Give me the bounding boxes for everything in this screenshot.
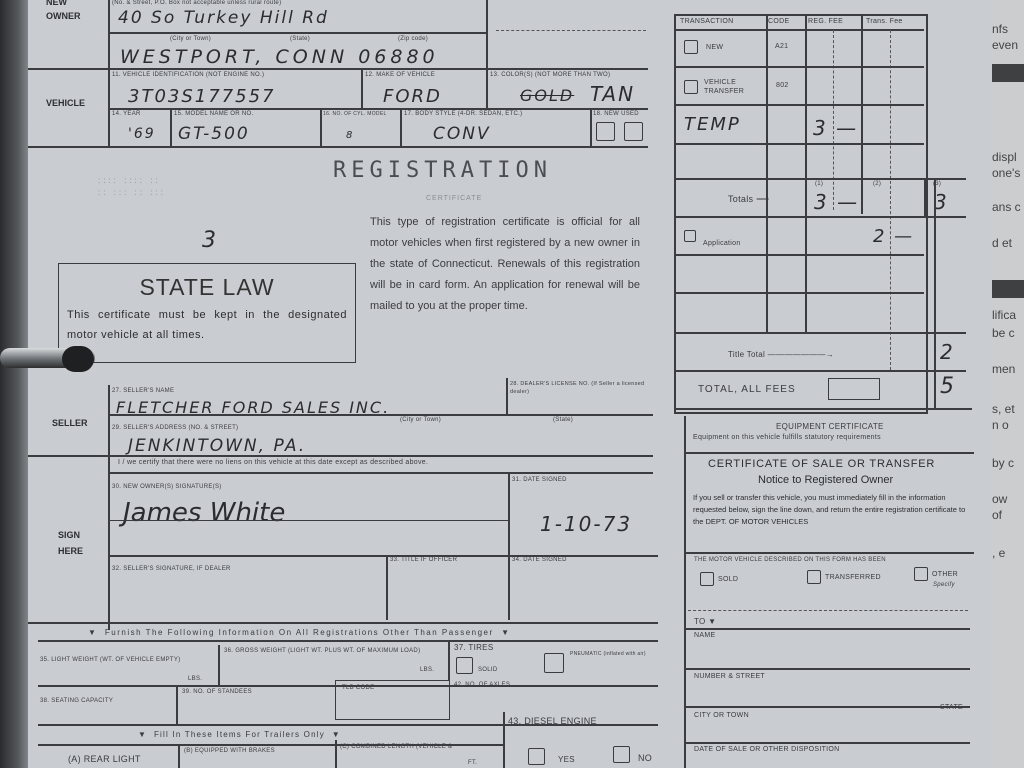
- sale-transfer-subtitle: Notice to Registered Owner: [758, 474, 893, 486]
- model-value: GT-500: [178, 124, 250, 144]
- fee-row-new-code: A21: [775, 43, 788, 50]
- fees-header-code: CODE: [768, 18, 789, 25]
- embossed-seal: :::: :::: :::: ::: :: :::: [98, 175, 238, 215]
- application-checkbox[interactable]: [684, 230, 696, 242]
- year-label: 14. YEAR: [112, 111, 141, 117]
- diesel-no-checkbox[interactable]: [613, 746, 630, 763]
- totals-reg-fee: 3 —: [814, 190, 859, 214]
- body-style-value: CONV: [433, 124, 491, 144]
- totals-col-b: (2): [873, 181, 881, 187]
- fee-row-transfer-label: VEHICLE TRANSFER: [704, 78, 764, 96]
- binder-ring-clasp: [62, 346, 94, 372]
- year-value: '69: [128, 126, 156, 142]
- sale-date-label: DATE OF SALE OR OTHER DISPOSITION: [694, 746, 840, 753]
- registration-title: REGISTRATION: [333, 158, 552, 183]
- state-law-title: STATE LAW: [59, 274, 355, 301]
- owner-header-partial: (No. & Street, P.O. Box not acceptable u…: [112, 0, 281, 6]
- total-arrow-icon: [828, 378, 880, 400]
- dealer-license-label: 28. DEALER'S LICENSE NO. (If Seller a li…: [510, 380, 650, 396]
- lbs-label-2: LBS.: [420, 667, 434, 673]
- application-fee: 2 —: [873, 226, 914, 247]
- no-liens-certification: I / we certify that there were no liens …: [118, 459, 428, 466]
- diesel-yes-checkbox[interactable]: [528, 748, 545, 765]
- sold-label: SOLD: [718, 576, 738, 583]
- dark-bar: [992, 64, 1024, 82]
- transferred-checkbox[interactable]: [807, 570, 821, 584]
- date-signed-label: 31. DATE SIGNED: [512, 477, 567, 483]
- registration-certificate: NEW OWNER (No. & Street, P.O. Box not ac…: [28, 0, 990, 768]
- to-label: TO ▼: [694, 617, 716, 626]
- seating-capacity-label: 38. SEATING CAPACITY: [40, 698, 113, 704]
- title-total-label: Title Total ———————→: [728, 350, 834, 359]
- sign-here-label-1: SIGN: [58, 530, 80, 540]
- owner-signature-label: 30. NEW OWNER(S) SIGNATURE(S): [112, 484, 222, 490]
- registration-subtitle: CERTIFICATE: [426, 195, 482, 202]
- body-style-label: 17. BODY STYLE (4-Dr. Sedan, etc.): [404, 111, 522, 117]
- sold-checkbox[interactable]: [700, 572, 714, 586]
- light-weight-label: 35. LIGHT WEIGHT (wt. of vehicle empty): [40, 657, 181, 663]
- specify-label: Specify: [933, 582, 955, 588]
- owner-state-label: (State): [290, 36, 310, 42]
- rear-light-label: (a) REAR LIGHT: [68, 754, 141, 764]
- diesel-engine-label: 43. DIESEL ENGINE: [508, 716, 597, 726]
- fee-row-transfer-code: 802: [776, 82, 789, 89]
- totals-grand: 3: [934, 190, 949, 214]
- cyl-value: 8: [346, 130, 354, 141]
- vehicle-section-label: VEHICLE: [46, 98, 85, 108]
- make-label: 12. MAKE OF VEHICLE: [365, 72, 435, 78]
- tlb-code-label: TLB CODE: [342, 685, 374, 691]
- tires-label: 37. TIRES: [454, 643, 493, 652]
- binder-spine: [0, 0, 30, 768]
- transferred-label: TRANSFERRED: [825, 574, 881, 581]
- tlb-code-box: TLB CODE: [335, 680, 450, 720]
- officer-title-label: 33. TITLE IF OFFICER: [390, 557, 457, 563]
- seller-name-label: 27. SELLER'S NAME: [112, 388, 174, 394]
- seller-state-label: (State): [553, 417, 573, 423]
- fees-header-trans-fee: Trans. Fee: [866, 18, 903, 25]
- total-all-fees-label: TOTAL, ALL FEES: [698, 384, 796, 395]
- solid-tires-checkbox[interactable]: [456, 657, 473, 674]
- title-total-value: 2: [940, 340, 955, 364]
- adjacent-page: nfs even displ one's ans c d et lifica b…: [990, 0, 1024, 768]
- fee-vehicle-transfer-checkbox[interactable]: [684, 80, 698, 94]
- state-law-box: STATE LAW This certificate must be kept …: [58, 263, 356, 363]
- used-checkbox[interactable]: [624, 122, 643, 141]
- owner-city-state-zip: WESTPORT, CONN 06880: [120, 46, 439, 68]
- ft-label: FT.: [468, 760, 477, 766]
- trailer-banner: ▼ Fill In These Items For Trailers Only …: [138, 730, 341, 739]
- fee-new-checkbox[interactable]: [684, 40, 698, 54]
- sale-transfer-text: If you sell or transfer this vehicle, yo…: [693, 492, 971, 528]
- pneumatic-label: PNEUMATIC (inflated with air): [570, 650, 660, 659]
- seller-signature-label: 32. SELLER'S SIGNATURE, IF DEALER: [112, 566, 231, 572]
- combined-length-label: (c) COMBINED LENGTH (vehicle &: [340, 744, 452, 750]
- vin-value: 3T03S177557: [128, 86, 276, 107]
- other-info-banner: ▼ Furnish The Following Information On A…: [88, 628, 511, 637]
- color-struck: GOLD: [520, 86, 574, 105]
- sign-here-label-2: HERE: [58, 546, 83, 556]
- owner-section-label: OWNER: [46, 11, 81, 21]
- date-signed: 1-10-73: [540, 512, 632, 536]
- new-checkbox[interactable]: [596, 122, 615, 141]
- gross-weight-label: 36. GROSS WEIGHT (light wt. plus wt. of …: [224, 648, 420, 654]
- dark-bar: [992, 280, 1024, 298]
- axles-label: 42. NO. OF AXLES: [454, 682, 510, 688]
- model-label: 15. MODEL NAME OR NO.: [174, 111, 253, 117]
- diesel-yes-label: YES: [558, 755, 575, 764]
- seller-city-label: (City or Town): [400, 417, 441, 423]
- stamp-mark: 3: [202, 228, 218, 253]
- equipment-text: Equipment on this vehicle fulfills statu…: [693, 434, 881, 441]
- registration-description: This type of registration certificate is…: [370, 212, 640, 317]
- other-checkbox[interactable]: [914, 567, 928, 581]
- state-label: STATE: [940, 704, 963, 711]
- lbs-label-1: LBS.: [188, 676, 202, 682]
- color-value: TAN: [590, 82, 635, 106]
- seller-section-label: SELLER: [52, 418, 88, 428]
- owner-label-partial: NEW: [46, 0, 67, 7]
- state-law-text: This certificate must be kept in the des…: [59, 301, 355, 345]
- fee-row-temp-label: TEMP: [684, 114, 741, 135]
- solid-label: SOLID: [478, 667, 498, 673]
- fee-row-new-label: NEW: [706, 44, 723, 51]
- equipment-title: EQUIPMENT CERTIFICATE: [776, 422, 884, 431]
- total-all-fees-value: 5: [940, 374, 956, 399]
- vin-label: 11. VEHICLE IDENTIFICATION (Not Engine N…: [112, 72, 264, 78]
- disposition-label: THE MOTOR VEHICLE DESCRIBED ON THIS FORM…: [694, 557, 886, 563]
- totals-label: Totals ⟶: [728, 194, 769, 205]
- diesel-no-label: NO: [638, 753, 652, 763]
- color-label: 13. COLOR(S) (Not more than two): [490, 72, 610, 78]
- owner-signature[interactable]: James White: [123, 498, 285, 528]
- fees-header-reg-fee: REG. FEE: [808, 18, 843, 25]
- seller-address-label: 29. SELLER'S ADDRESS (No. & Street): [112, 425, 238, 431]
- seller-address: JENKINTOWN, PA.: [128, 436, 306, 456]
- city-label: CITY OR TOWN: [694, 712, 749, 719]
- standees-label: 39. NO. OF STANDEES: [182, 689, 252, 695]
- totals-col-a: (1): [815, 181, 823, 187]
- brakes-label: (b) EQUIPPED WITH BRAKES: [184, 748, 275, 754]
- pneumatic-tires-checkbox[interactable]: [544, 653, 564, 673]
- fees-header-transaction: TRANSACTION: [680, 18, 733, 25]
- owner-street: 40 So Turkey Hill Rd: [118, 8, 329, 28]
- sale-transfer-title: CERTIFICATE OF SALE OR TRANSFER: [708, 458, 935, 470]
- make-value: FORD: [383, 86, 442, 107]
- cyl-label: 16. NO. OF CYL. MODEL: [323, 111, 387, 117]
- other-label: OTHER: [932, 571, 958, 578]
- new-used-label: 18. NEW USED: [593, 111, 639, 117]
- name-label: NAME: [694, 632, 715, 639]
- application-label: Application: [703, 240, 741, 247]
- date-signed-2-label: 34. DATE SIGNED: [512, 557, 567, 563]
- fee-row-temp-reg-fee: 3 —: [813, 116, 858, 140]
- street-label: NUMBER & STREET: [694, 673, 765, 680]
- owner-city-label: (City or Town): [170, 36, 211, 42]
- owner-zip-label: (Zip code): [398, 36, 428, 42]
